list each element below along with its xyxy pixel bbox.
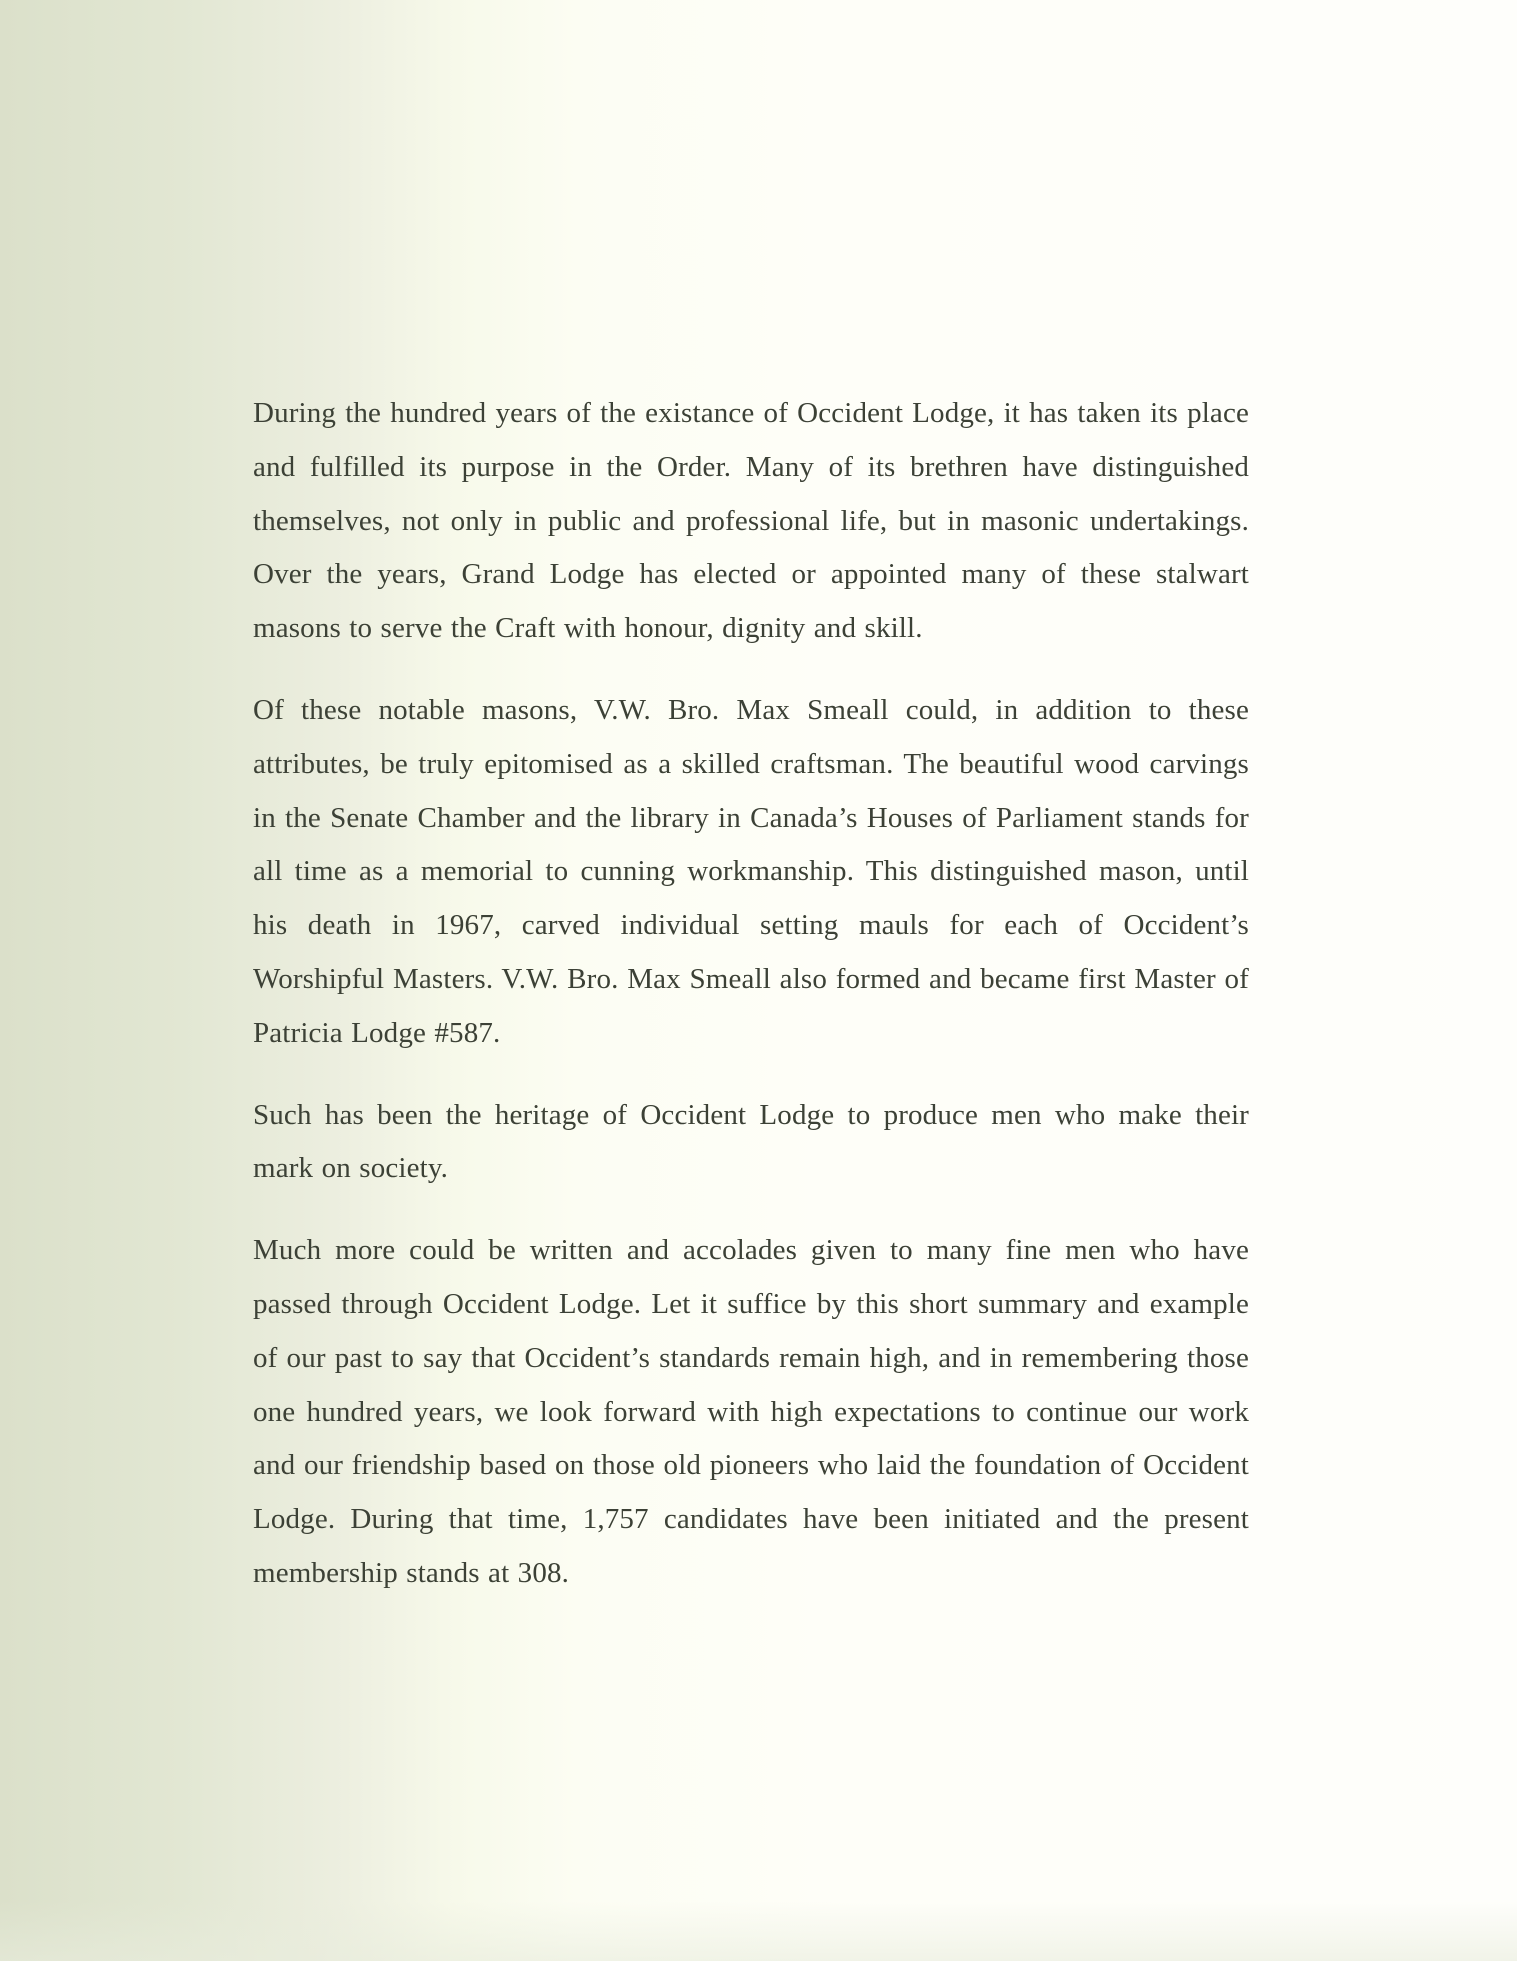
paragraph-max-smeall: Of these notable masons, V.W. Bro. Max S… — [253, 684, 1249, 1061]
paragraph-closing-summary: Much more could be written and accolades… — [253, 1224, 1249, 1601]
paragraph-heritage: Such has been the heritage of Occident L… — [253, 1089, 1249, 1197]
paragraph-history-of-lodge: During the hundred years of the existanc… — [253, 387, 1249, 656]
page-bottom-shading — [0, 1901, 1517, 1961]
scanned-page: During the hundred years of the existanc… — [0, 0, 1517, 1961]
body-text-column: During the hundred years of the existanc… — [253, 387, 1249, 1629]
